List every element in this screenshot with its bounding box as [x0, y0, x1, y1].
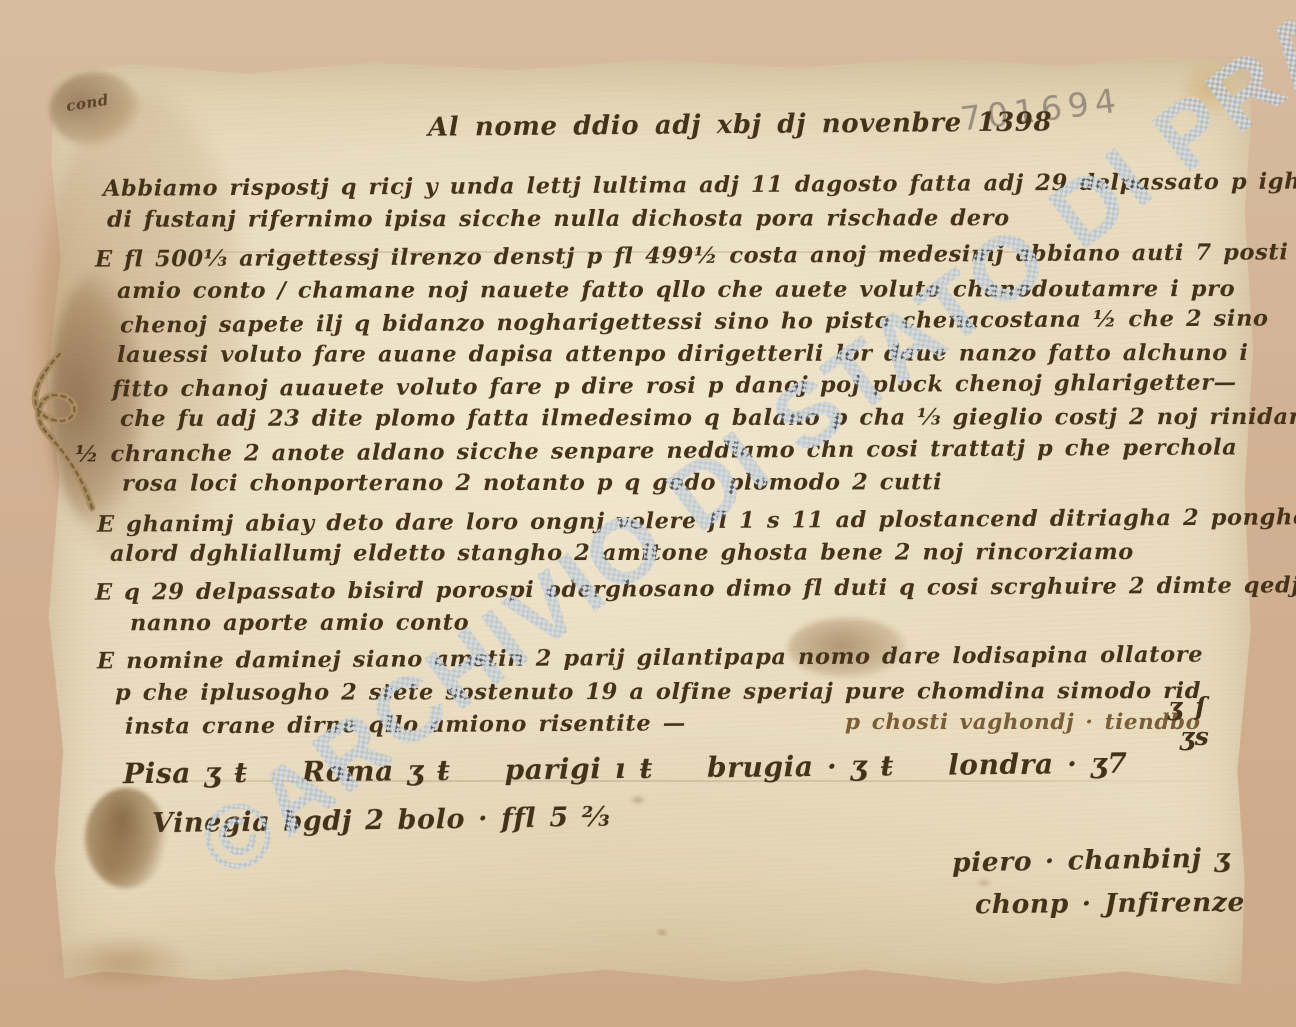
- signature-line: chonp · Jnfirenze: [975, 887, 1245, 920]
- letter-line: p che iplusogho 2 stete sostenuto 19 a o…: [115, 678, 1201, 706]
- rate-pisa: Pisa ʒ ŧ: [123, 756, 248, 790]
- letter-heading: Al nome ddio adj xbj dj novenbre 1398: [428, 107, 1052, 142]
- postscript-mark: ʒ ſ: [1168, 692, 1206, 721]
- rate-londra: londra · ʒ7: [948, 747, 1128, 782]
- letter-line: lauessi voluto fare auane dapisa attenpo…: [117, 340, 1249, 368]
- rate-roma: Roma ʒ ŧ: [302, 754, 451, 789]
- rate-brugia: brugia · ʒ ŧ: [707, 749, 894, 784]
- letter-line: amio conto / chamane noj nauete fatto ql…: [117, 276, 1235, 304]
- venice-line: Vinegia bgdj 2 bolo · ffl 5 ⅔: [152, 802, 611, 839]
- manuscript-scan: 701694 cond Al nome ddio adj xbj dj nove…: [0, 0, 1296, 1027]
- twine-thread-icon: [20, 342, 132, 522]
- postscript-mark: ʒs: [1180, 722, 1209, 751]
- letter-line: che fu adj 23 dite plomo fatta ilmedesim…: [120, 404, 1296, 432]
- letter-line: alord dghliallumj eldetto stangho 2 amit…: [110, 539, 1134, 567]
- postscript-note: p chosti vaghondj · tiendbo: [845, 710, 1201, 735]
- letter-line: insta crane dirne qllo amiono risentite …: [125, 710, 686, 739]
- letter-line: rosa loci chonporterano 2 notanto p q go…: [122, 469, 942, 496]
- letter-line: di fustanj rifernimo ipisa sicche nulla …: [107, 205, 1010, 233]
- rate-parigi: parigi ı ŧ: [504, 752, 653, 787]
- signature-line: piero · chanbinj ʒ: [952, 843, 1231, 879]
- letter-line: nanno aporte amio conto: [130, 610, 469, 637]
